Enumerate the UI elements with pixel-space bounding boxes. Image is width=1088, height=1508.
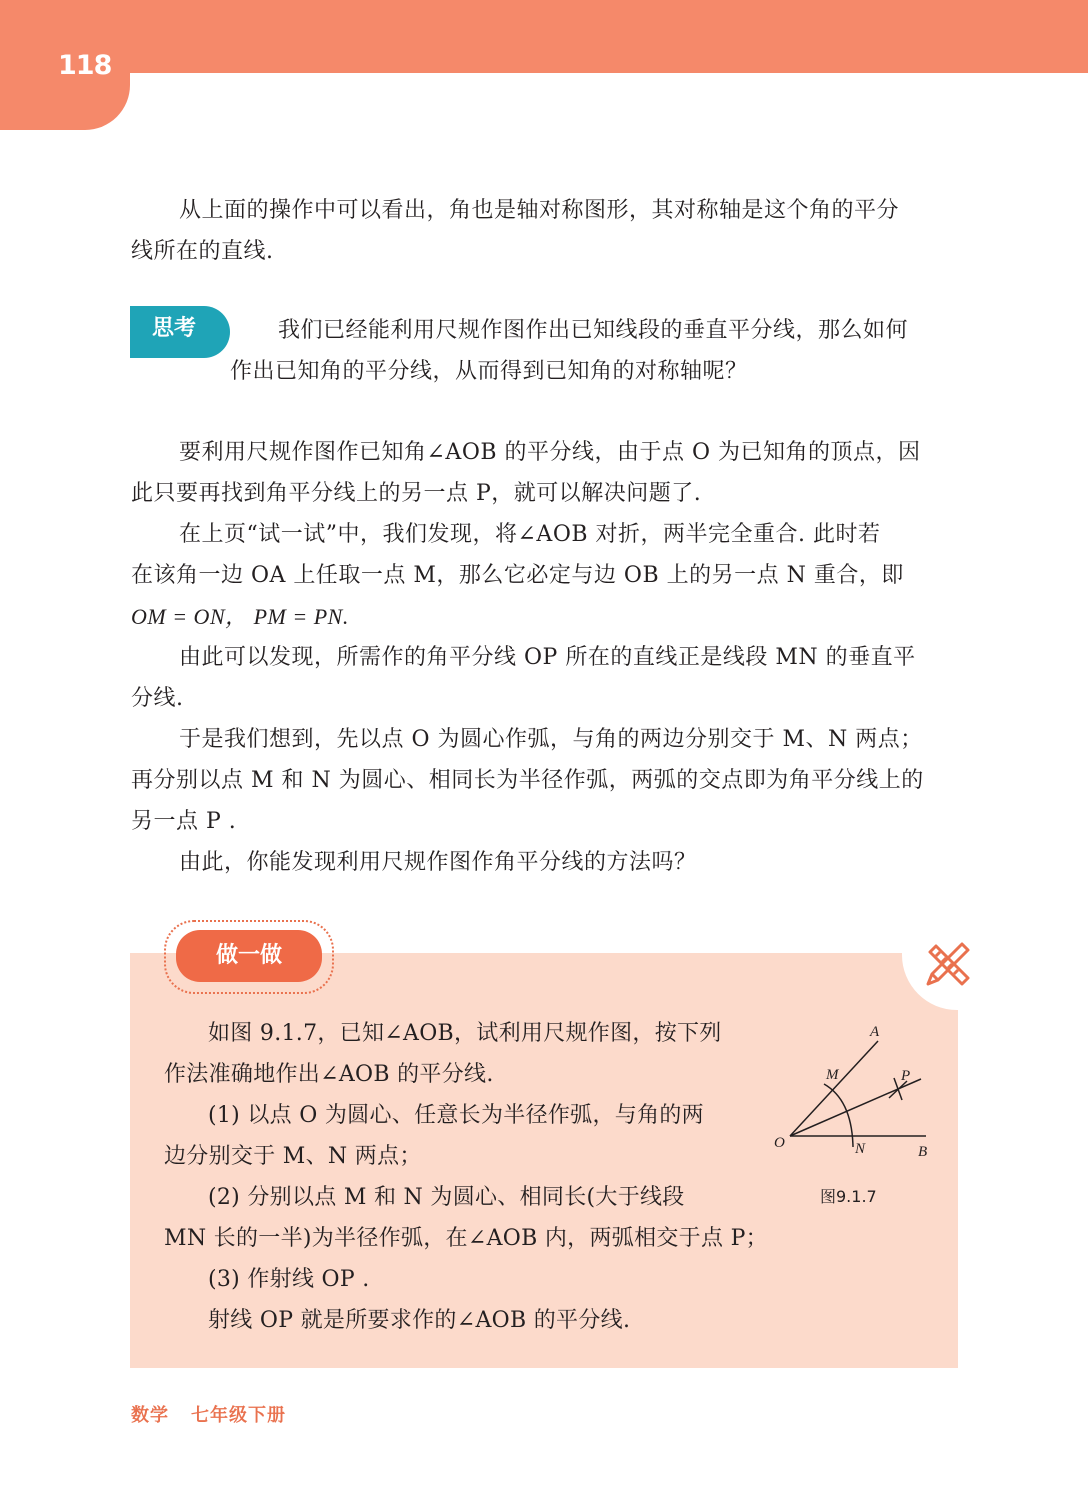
label-A: A xyxy=(869,1024,880,1040)
label-P: P xyxy=(900,1068,910,1084)
figure-caption: 图9.1.7 xyxy=(820,1184,877,1207)
step2-line-1: (2) 分别以点 M 和 N 为圆心、相同长(大于线段 xyxy=(208,1185,685,1210)
para5-line-1: 由此，你能发现利用尺规作图作角平分线的方法吗？ xyxy=(179,850,697,875)
think-line-1: 我们已经能利用尺规作图作出已知线段的垂直平分线，那么如何 xyxy=(278,318,908,343)
para4-line-3: 另一点 P . xyxy=(131,801,959,842)
doit-line-1: 如图 9.1.7，已知∠AOB，试利用尺规作图，按下列 xyxy=(208,1021,722,1046)
label-M: M xyxy=(825,1067,840,1083)
step3: (3) 作射线 OP . xyxy=(208,1267,370,1292)
step1-line-1: (1) 以点 O 为圆心、任意长为半径作弧，与角的两 xyxy=(208,1103,704,1128)
think-badge: 思考 xyxy=(130,306,230,358)
top-banner xyxy=(0,0,1088,73)
intro-paragraph: 从上面的操作中可以看出，角也是轴对称图形，其对称轴是这个角的平分 线所在的直线. xyxy=(131,190,959,272)
page-number: 118 xyxy=(58,50,111,81)
step1-line-2: 边分别交于 M、N 两点； xyxy=(164,1136,764,1177)
para4-line-2: 再分别以点 M 和 N 为圆心、相同长为半径作弧，两弧的交点即为角平分线上的 xyxy=(131,760,959,801)
para2-line-2: 在该角一边 OA 上任取一点 M，那么它必定与边 OB 上的另一点 N 重合，即 xyxy=(131,555,959,596)
figure-9-1-7: A M P O N B xyxy=(760,1010,960,1210)
pencil-ruler-icon xyxy=(922,938,974,990)
para3-line-2: 分线. xyxy=(131,678,959,719)
para2-line-3: OM = ON， PM = PN. xyxy=(131,596,959,637)
conclusion: 射线 OP 就是所要求作的∠AOB 的平分线. xyxy=(208,1308,630,1333)
footer-subject: 数学 xyxy=(131,1405,169,1426)
intro-line-2: 线所在的直线. xyxy=(131,231,959,272)
doit-badge: 做一做 xyxy=(176,930,322,982)
para1-line-2: 此只要再找到角平分线上的另一点 P，就可以解决问题了. xyxy=(131,473,959,514)
body-text: 要利用尺规作图作已知角∠AOB 的平分线，由于点 O 为已知角的顶点，因 此只要… xyxy=(131,432,959,883)
para3-line-1: 由此可以发现，所需作的角平分线 OP 所在的直线正是线段 MN 的垂直平 xyxy=(179,645,916,670)
para2-line-1: 在上页“试一试”中，我们发现，将∠AOB 对折，两半完全重合. 此时若 xyxy=(179,522,881,547)
para1-line-1: 要利用尺规作图作已知角∠AOB 的平分线，由于点 O 为已知角的顶点，因 xyxy=(179,440,921,465)
footer-grade: 七年级下册 xyxy=(191,1405,286,1426)
intro-line-1: 从上面的操作中可以看出，角也是轴对称图形，其对称轴是这个角的平分 xyxy=(179,198,899,223)
step2-line-2: MN 长的一半)为半径作弧，在∠AOB 内，两弧相交于点 P； xyxy=(164,1218,804,1259)
para4-line-1: 于是我们想到，先以点 O 为圆心作弧，与角的两边分别交于 M、N 两点； xyxy=(179,727,923,752)
think-line-2: 作出已知角的平分线，从而得到已知角的对称轴呢？ xyxy=(230,351,960,392)
think-text: 我们已经能利用尺规作图作出已知线段的垂直平分线，那么如何 作出已知角的平分线，从… xyxy=(230,310,960,392)
label-O: O xyxy=(774,1135,785,1151)
label-N: N xyxy=(854,1141,866,1157)
doit-line-2: 作法准确地作出∠AOB 的平分线. xyxy=(164,1054,764,1095)
doit-text: 如图 9.1.7，已知∠AOB，试利用尺规作图，按下列 作法准确地作出∠AOB … xyxy=(164,1013,764,1341)
label-B: B xyxy=(918,1144,927,1160)
footer: 数学七年级下册 xyxy=(131,1401,286,1427)
